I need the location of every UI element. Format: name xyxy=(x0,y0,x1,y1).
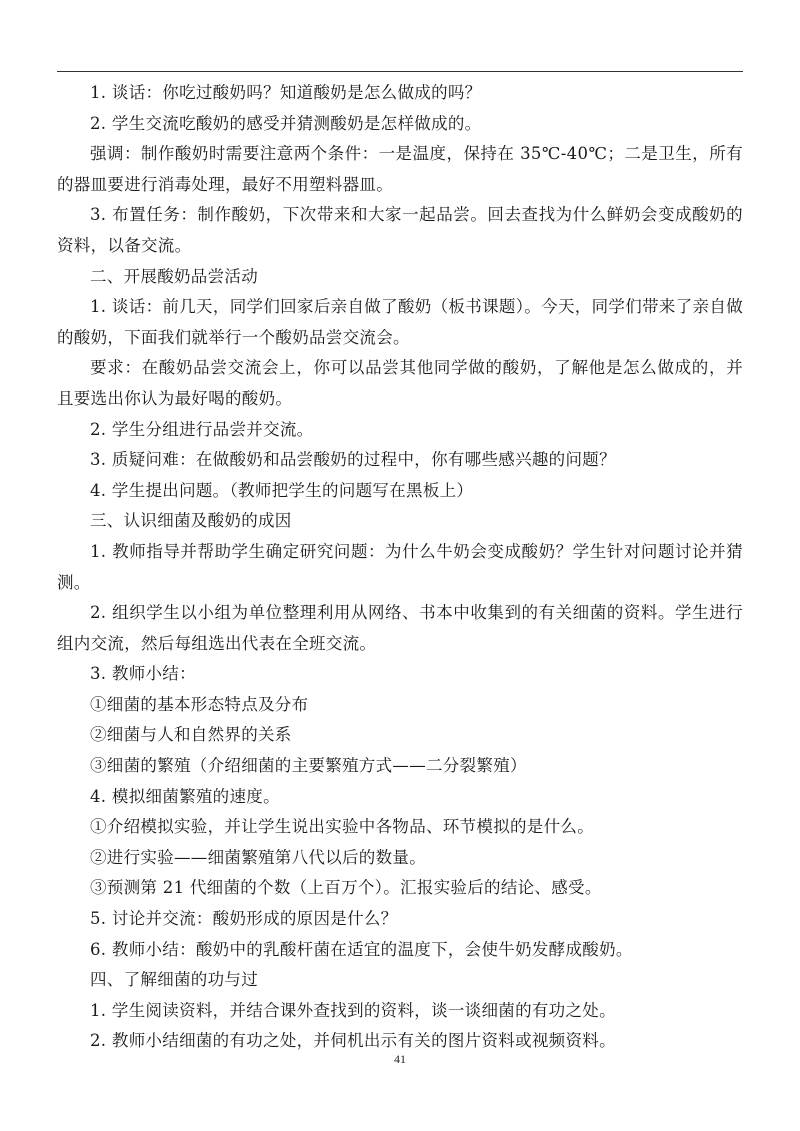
paragraph-9: 2. 组织学生以小组为单位整理利用从网络、书本中收集到的有关细菌的资料。学生进行… xyxy=(57,598,743,659)
paragraph-13: 6. 教师小结：酸奶中的乳酸杆菌在适宜的温度下，会使牛奶发酵成酸奶。 xyxy=(57,935,743,966)
list-item: ①介绍模拟实验，并让学生说出实验中各物品、环节模拟的是什么。 xyxy=(57,812,743,843)
paragraph-11: 4. 模拟细菌繁殖的速度。 xyxy=(57,782,743,813)
list-item: ②细菌与人和自然界的关系 xyxy=(57,720,743,751)
paragraph-12: 5. 讨论并交流：酸奶形成的原因是什么？ xyxy=(57,904,743,935)
paragraph-3: 3. 布置任务：制作酸奶，下次带来和大家一起品尝。回去查找为什么鲜奶会变成酸奶的… xyxy=(57,200,743,261)
list-item: ②进行实验——细菌繁殖第八代以后的数量。 xyxy=(57,843,743,874)
paragraph-8: 1. 教师指导并帮助学生确定研究问题：为什么牛奶会变成酸奶？学生针对问题讨论并猜… xyxy=(57,537,743,598)
paragraph-10: 3. 教师小结： xyxy=(57,659,743,690)
page-number: 41 xyxy=(0,1052,800,1067)
document-body: 1. 谈话：你吃过酸奶吗？知道酸奶是怎么做成的吗？ 2. 学生交流吃酸奶的感受并… xyxy=(57,78,743,1057)
paragraph-emphasis: 强调：制作酸奶时需要注意两个条件：一是温度，保持在 35℃-40℃；二是卫生，所… xyxy=(57,139,743,200)
section-heading-3: 三、认识细菌及酸奶的成因 xyxy=(57,506,743,537)
list-item: ①细菌的基本形态特点及分布 xyxy=(57,690,743,721)
section-heading-2: 二、开展酸奶品尝活动 xyxy=(57,262,743,293)
section-heading-4: 四、了解细菌的功与过 xyxy=(57,965,743,996)
paragraph-4: 1. 谈话：前几天，同学们回家后亲自做了酸奶（板书课题）。今天，同学们带来了亲自… xyxy=(57,292,743,353)
paragraph-14: 1. 学生阅读资料，并结合课外查找到的资料，谈一谈细菌的有功之处。 xyxy=(57,996,743,1027)
paragraph-1: 1. 谈话：你吃过酸奶吗？知道酸奶是怎么做成的吗？ xyxy=(57,78,743,109)
paragraph-2: 2. 学生交流吃酸奶的感受并猜测酸奶是怎样做成的。 xyxy=(57,109,743,140)
header-rule xyxy=(57,71,743,72)
paragraph-7: 4. 学生提出问题。（教师把学生的问题写在黑板上） xyxy=(57,476,743,507)
paragraph-6: 3. 质疑问难：在做酸奶和品尝酸奶的过程中，你有哪些感兴趣的问题？ xyxy=(57,445,743,476)
paragraph-requirement: 要求：在酸奶品尝交流会上，你可以品尝其他同学做的酸奶，了解他是怎么做成的，并且要… xyxy=(57,353,743,414)
list-item: ③细菌的繁殖（介绍细菌的主要繁殖方式——二分裂繁殖） xyxy=(57,751,743,782)
paragraph-5: 2. 学生分组进行品尝并交流。 xyxy=(57,415,743,446)
list-item: ③预测第 21 代细菌的个数（上百万个）。汇报实验后的结论、感受。 xyxy=(57,873,743,904)
